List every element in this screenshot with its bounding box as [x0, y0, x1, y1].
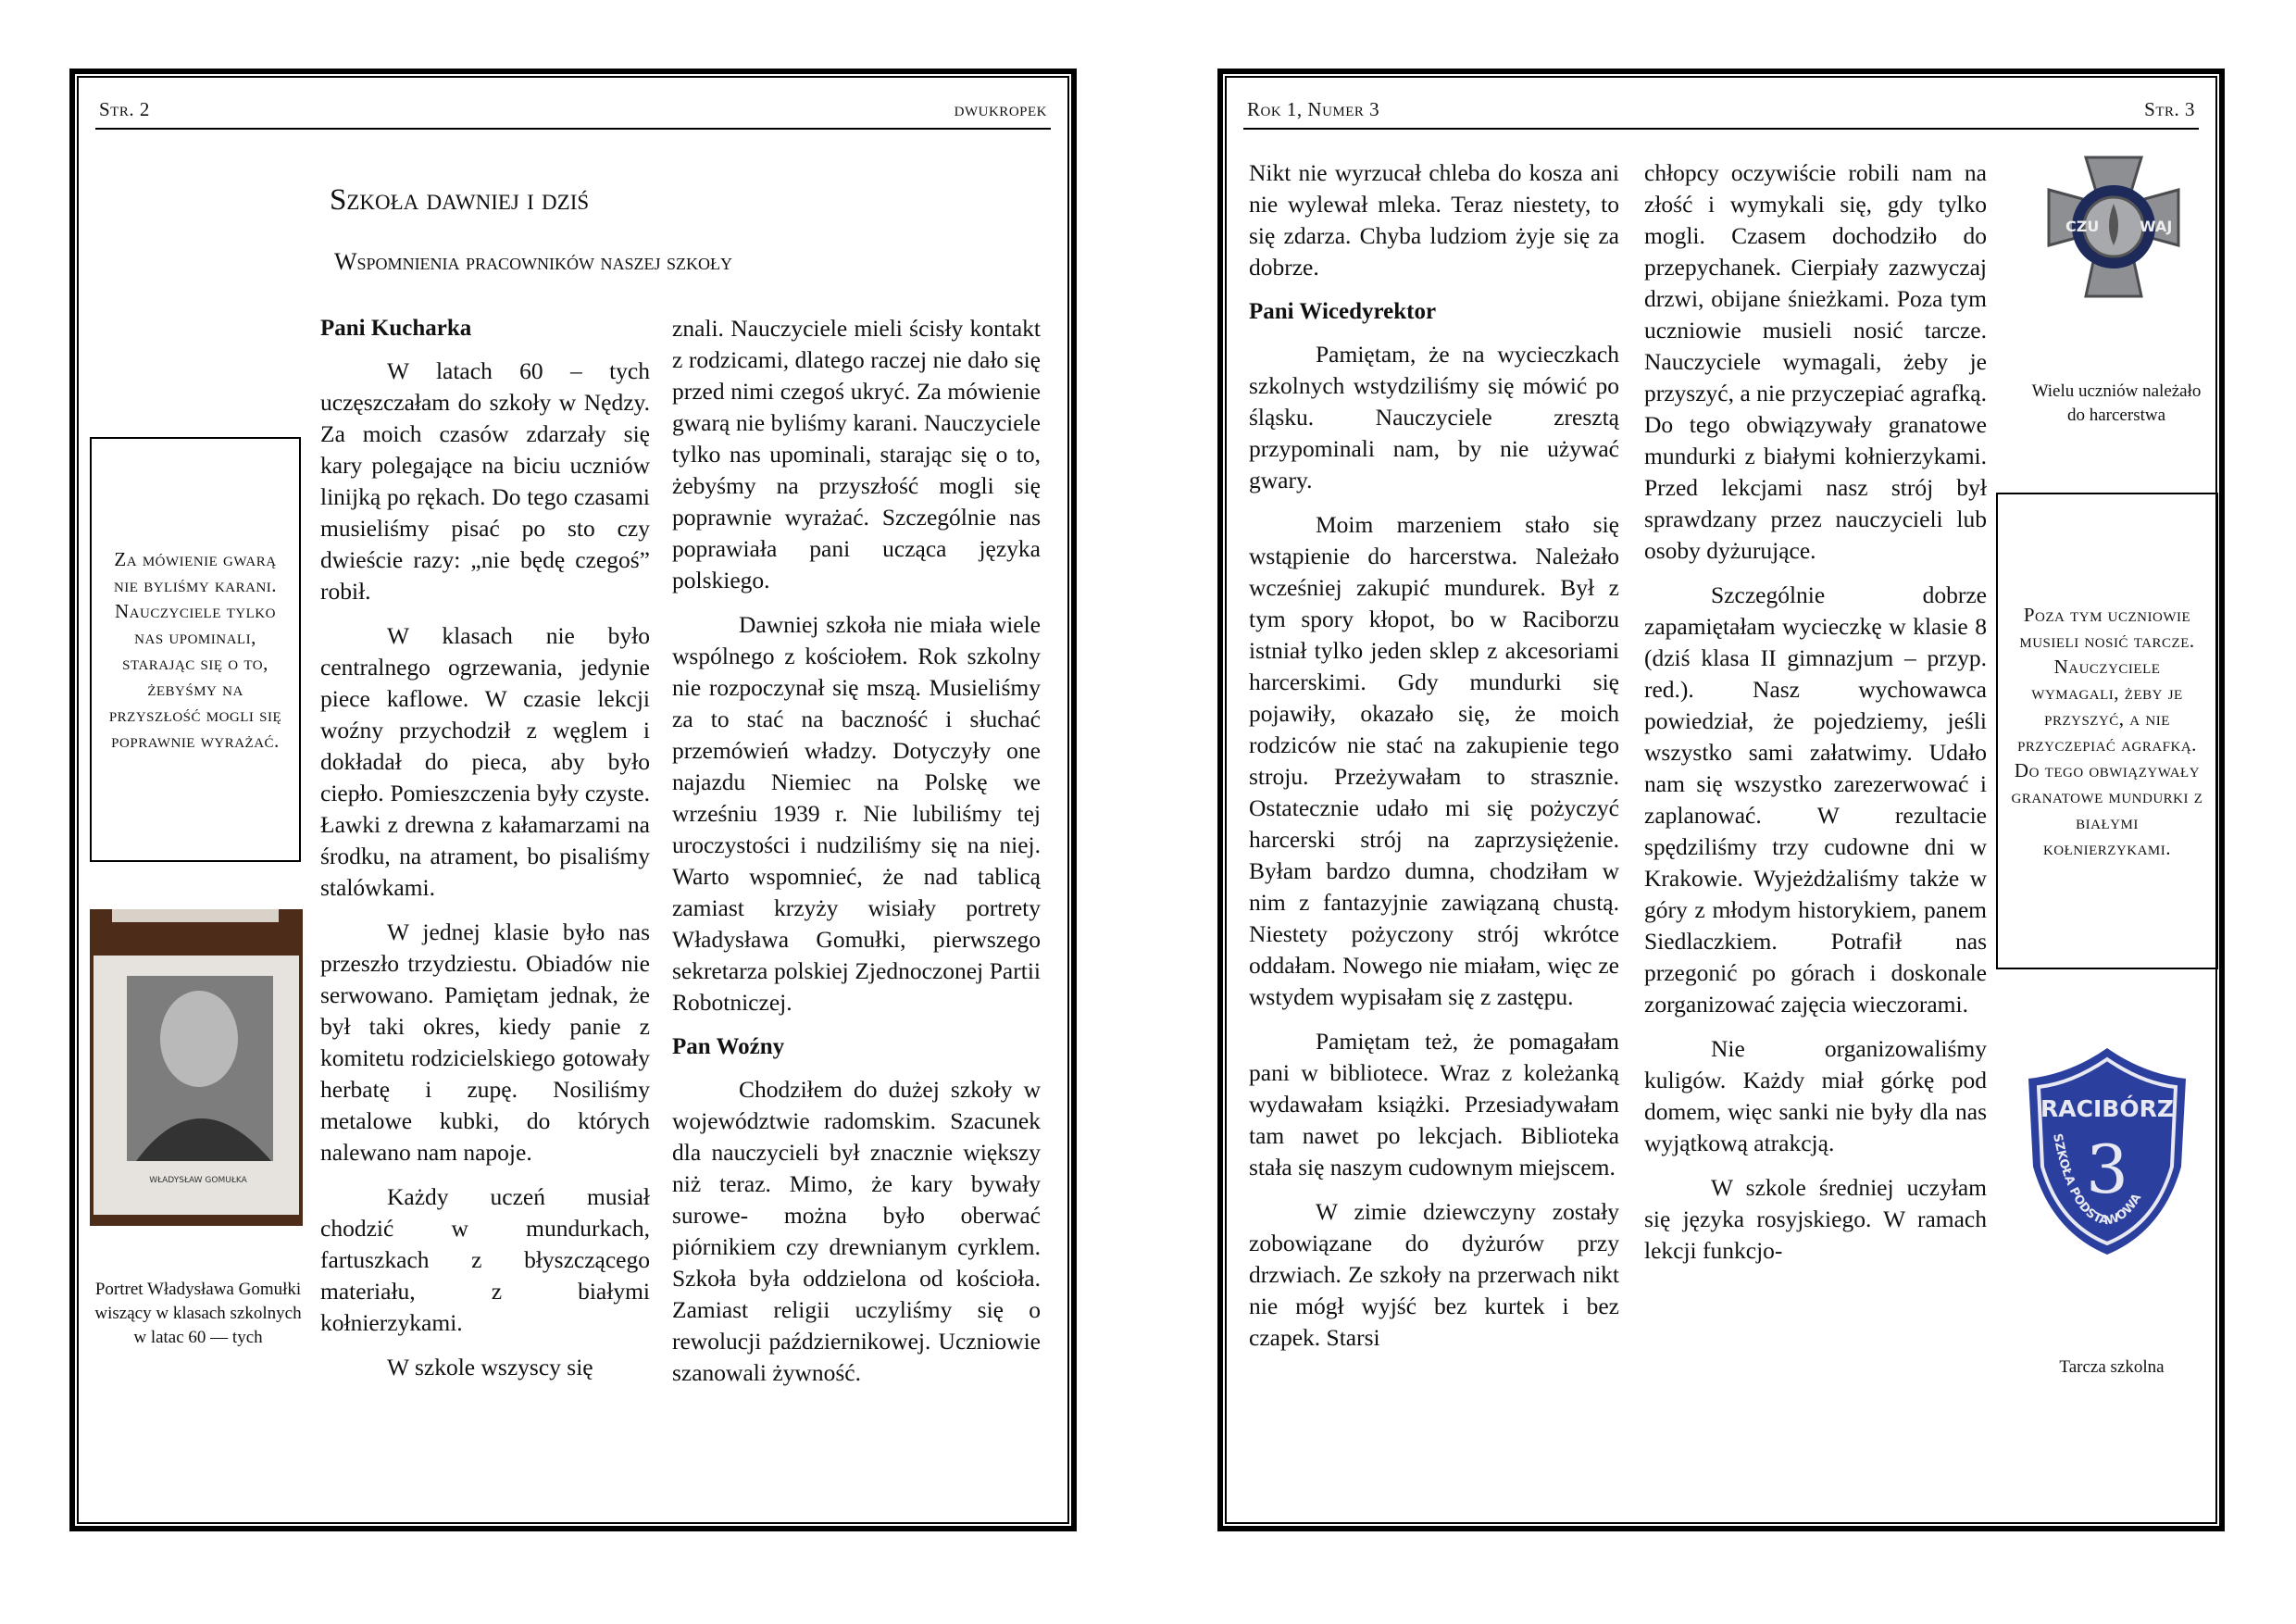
pull-quote-text: Poza tym uczniowie musieli nosić tarcze.…: [2011, 602, 2203, 861]
page-number: Str. 3: [2144, 98, 2195, 121]
article-paragraph: Każdy uczeń musiał chodzić w mundurkach,…: [320, 1181, 650, 1339]
badge-caption: Wielu uczniów należało do harcerstwa: [2028, 380, 2204, 428]
portrait-image-icon: WŁADYSŁAW GOMUŁKA: [90, 909, 303, 1226]
article-paragraph: Nikt nie wyrzucał chleba do kosza ani ni…: [1249, 157, 1619, 283]
newsletter-name: dwukropek: [955, 98, 1047, 121]
article-paragraph: W latach 60 – tych uczęszczałam do szkoł…: [320, 356, 650, 607]
issue-label: Rok 1, Numer 3: [1247, 98, 1379, 121]
article-paragraph: Pamiętam też, że pomagałam pani w biblio…: [1249, 1026, 1619, 1183]
article-paragraph: W jednej klasie było nas przeszło trzydz…: [320, 917, 650, 1168]
article-paragraph: Dawniej szkoła nie miała wiele wspólnego…: [672, 609, 1041, 1018]
article-subtitle: Wspomnienia pracowników naszej szkoły: [334, 248, 732, 276]
pull-quote-left: Za mówienie gwarą nie byliśmy karani. Na…: [90, 437, 301, 862]
newsletter-page-2: Str. 2 dwukropek Szkoła dawniej i dziś W…: [69, 69, 1077, 1531]
pull-quote-right: Poza tym uczniowie musieli nosić tarcze.…: [1996, 493, 2218, 969]
scout-cross-icon: CZU WAJ: [2021, 139, 2206, 333]
article-paragraph: W klasach nie było centralnego ogrzewani…: [320, 620, 650, 904]
article-title: Szkoła dawniej i dziś: [330, 183, 589, 218]
section-heading: Pan Woźny: [672, 1031, 1041, 1063]
svg-text:3: 3: [2086, 1131, 2128, 1208]
school-shield-icon: RACIBÓRZ 3 SZKOŁA PODSTAWOWA: [2015, 1028, 2200, 1268]
article-paragraph: W zimie dziewczyny zostały zobowiązane d…: [1249, 1196, 1619, 1354]
pull-quote-text: Za mówienie gwarą nie byliśmy karani. Na…: [105, 546, 286, 754]
article-paragraph: Pamiętam, że na wycieczkach szkolnych ws…: [1249, 339, 1619, 496]
article-column-2: znali. Nauczyciele mieli ścisły kontakt …: [672, 313, 1041, 1402]
page-number: Str. 2: [99, 98, 150, 121]
article-column-1: Nikt nie wyrzucał chleba do kosza ani ni…: [1249, 157, 1619, 1367]
harcerski-cross-badge: CZU WAJ: [2021, 139, 2206, 333]
article-paragraph: Chodziłem do dużej szkoły w województwie…: [672, 1074, 1041, 1389]
article-paragraph: znali. Nauczyciele mieli ścisły kontakt …: [672, 313, 1041, 596]
svg-text:RACIBÓRZ: RACIBÓRZ: [2040, 1094, 2174, 1122]
photo-caption: Portret Władysława Gomułki wiszący w kla…: [92, 1278, 305, 1350]
svg-text:CZU: CZU: [2065, 218, 2099, 235]
article-paragraph: W szkole wszyscy się: [320, 1352, 650, 1383]
article-column-2: chłopcy oczywiście robili nam na złość i…: [1644, 157, 1987, 1280]
shield-caption: Tarcza szkolna: [2019, 1355, 2204, 1380]
article-paragraph: Szczególnie dobrze zapamiętałam wycieczk…: [1644, 580, 1987, 1020]
article-paragraph: Moim marzeniem stało się wstąpienie do h…: [1249, 509, 1619, 1013]
gomulka-portrait-photo: WŁADYSŁAW GOMUŁKA: [90, 909, 303, 1226]
article-paragraph: Nie organizowaliśmy kuligów. Każdy miał …: [1644, 1033, 1987, 1159]
newsletter-page-3: Rok 1, Numer 3 Str. 3 Nikt nie wyrzucał …: [1217, 69, 2225, 1531]
article-column-1: Pani KucharkaW latach 60 – tych uczęszcz…: [320, 313, 650, 1396]
page-header: Str. 2 dwukropek: [95, 98, 1051, 130]
svg-text:WŁADYSŁAW GOMUŁKA: WŁADYSŁAW GOMUŁKA: [149, 1176, 247, 1185]
school-shield-emblem: RACIBÓRZ 3 SZKOŁA PODSTAWOWA: [2015, 1028, 2200, 1268]
section-heading: Pani Kucharka: [320, 313, 650, 344]
article-paragraph: W szkole średniej uczyłam się języka ros…: [1644, 1172, 1987, 1267]
section-heading: Pani Wicedyrektor: [1249, 296, 1619, 328]
page-header: Rok 1, Numer 3 Str. 3: [1243, 98, 2199, 130]
svg-text:WAJ: WAJ: [2140, 218, 2172, 235]
article-paragraph: chłopcy oczywiście robili nam na złość i…: [1644, 157, 1987, 567]
